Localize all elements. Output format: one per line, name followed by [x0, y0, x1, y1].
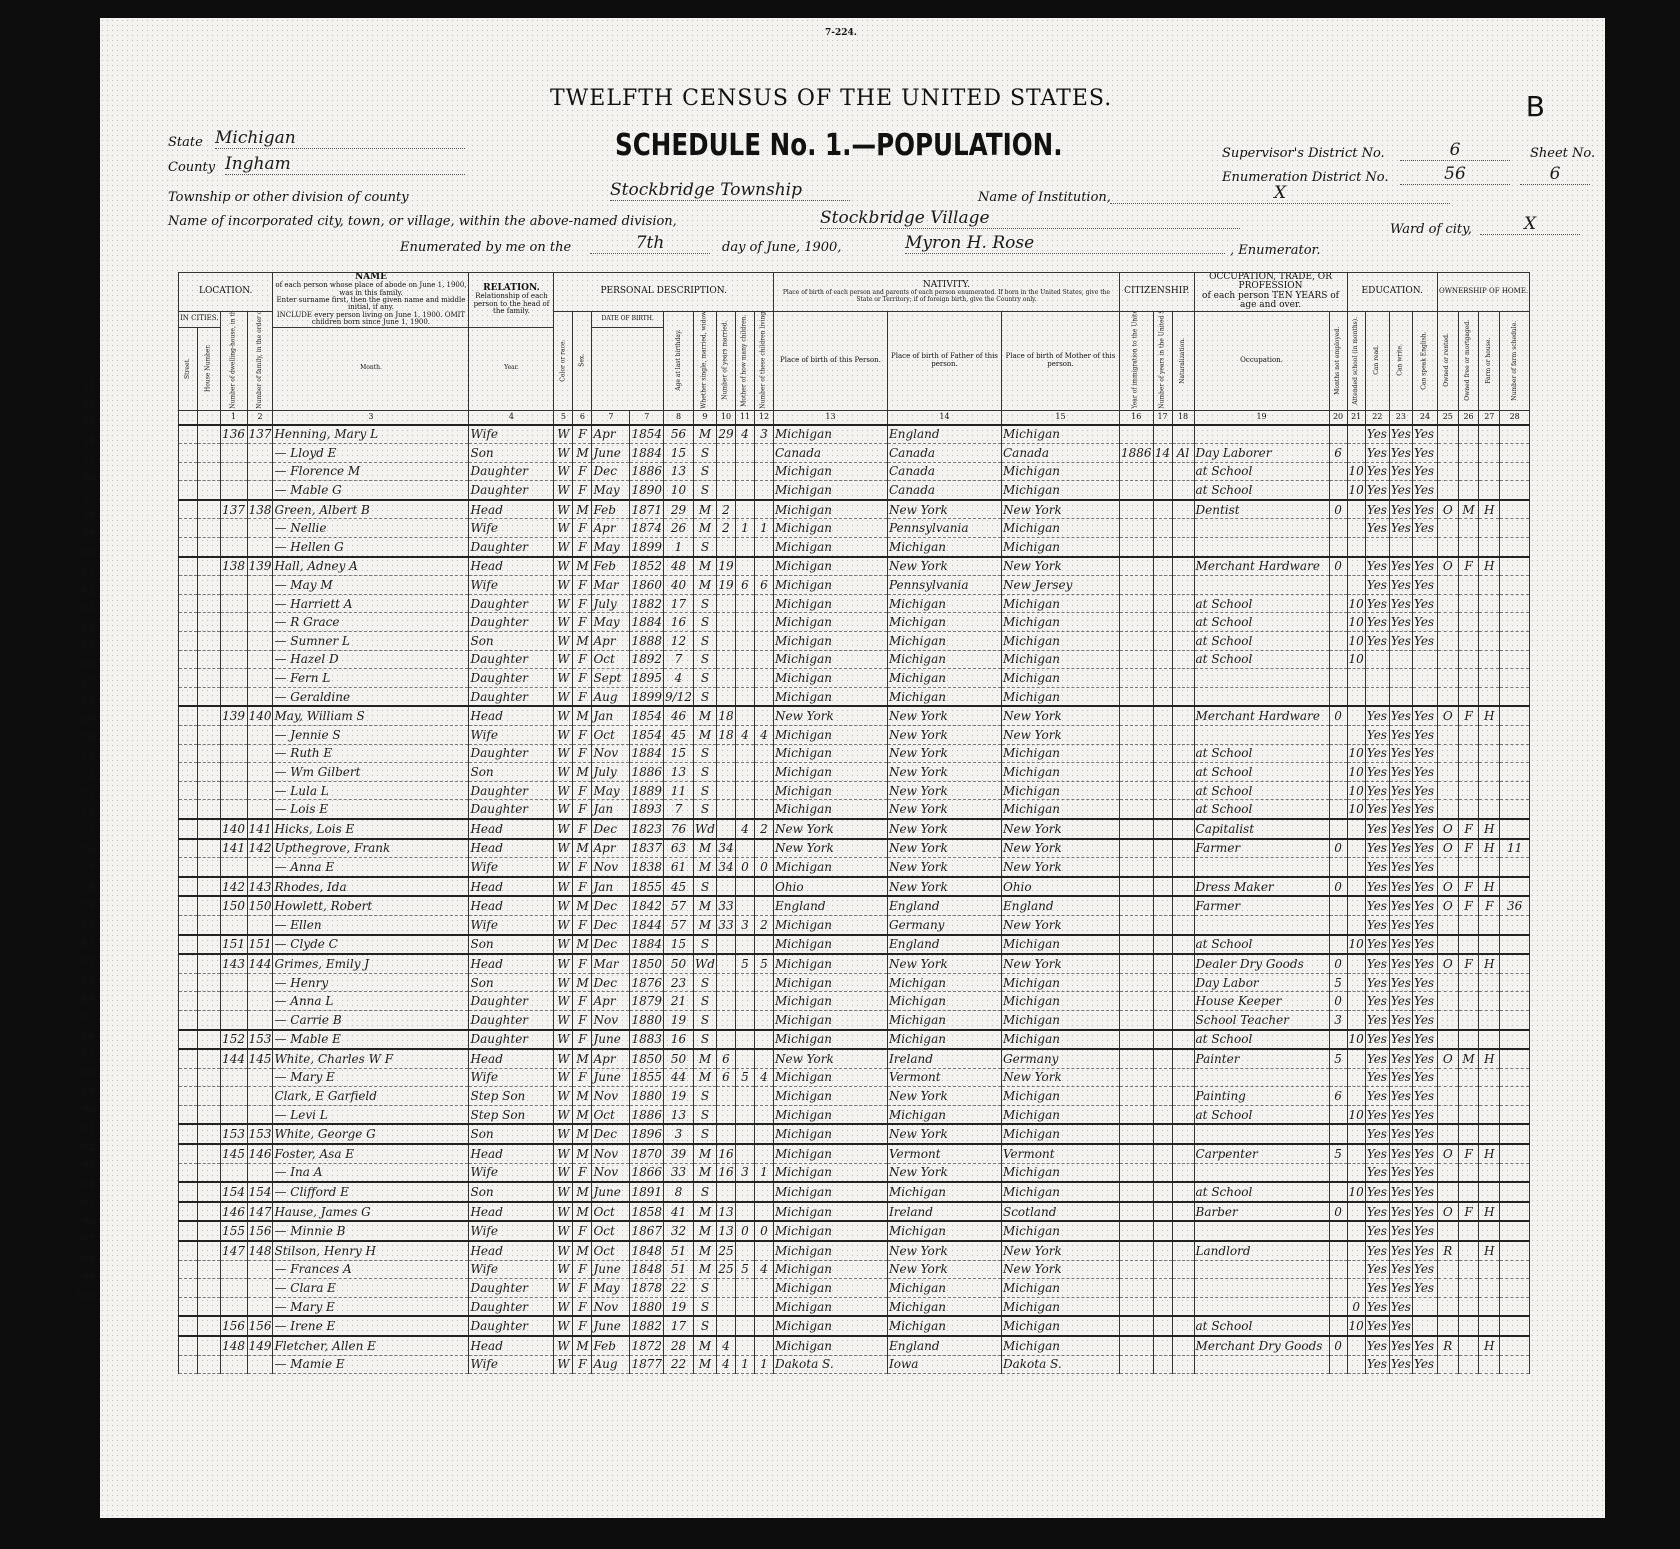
cell-fam: 149 — [247, 1336, 273, 1355]
cell-sex: M — [573, 973, 592, 992]
cell-en: Yes — [1412, 1049, 1437, 1068]
cell-empty — [197, 935, 220, 955]
cell-age: 12 — [664, 632, 694, 651]
cell-yus — [1153, 462, 1172, 481]
cell-mon: Nov — [592, 1163, 630, 1182]
cell-empty — [197, 1241, 220, 1260]
cell-nat — [1172, 481, 1194, 500]
cell-empty — [179, 1030, 198, 1050]
column-number: 18 — [1172, 410, 1194, 425]
cell-yr: 1890 — [630, 481, 664, 500]
cell-sex: M — [573, 1124, 592, 1144]
line-number: 80 — [65, 919, 95, 938]
cell-sex: F — [573, 992, 592, 1011]
line-number: 66 — [65, 659, 95, 678]
cell-fh — [1479, 1182, 1500, 1202]
line-number: 89 — [65, 1087, 95, 1106]
cell-bp: Michigan — [773, 462, 887, 481]
cell-occ: at School — [1194, 632, 1329, 651]
cell-imm — [1119, 1297, 1153, 1316]
cell-mbp: Michigan — [1001, 1087, 1119, 1106]
cell-fbp: Michigan — [887, 538, 1001, 557]
cell-age: 51 — [664, 1241, 694, 1260]
cell-mon: Oct — [592, 650, 630, 669]
cell-wr: Yes — [1389, 1163, 1412, 1182]
cell-nat — [1172, 613, 1194, 632]
table-row: 137138Green, Albert BHeadWMFeb187129M2Mi… — [179, 500, 1530, 519]
cell-empty — [179, 669, 198, 688]
cell-empty — [197, 1124, 220, 1144]
table-row: — Sumner LSonWMApr188812SMichiganMichiga… — [179, 632, 1530, 651]
name-note2: INCLUDE every person living on June 1, 1… — [274, 312, 467, 327]
cell-en: Yes — [1412, 425, 1437, 444]
cell-ch — [735, 557, 754, 576]
cell-rel: Head — [469, 706, 554, 725]
cell-mbp: New York — [1001, 954, 1119, 973]
cell-dw: 152 — [220, 1030, 247, 1050]
line-number: 75 — [65, 826, 95, 845]
cell-ms: S — [693, 1279, 716, 1298]
cell-farm — [1500, 1163, 1530, 1182]
cell-own — [1437, 781, 1458, 800]
cell-race: W — [554, 687, 573, 706]
table-row: — Lois EDaughterWFJan18937SMichiganNew Y… — [179, 800, 1530, 819]
cell-dw — [220, 632, 247, 651]
cell-cl: 1 — [754, 1163, 773, 1182]
cell-name: — Florence M — [273, 462, 469, 481]
cell-sch — [1347, 1049, 1365, 1068]
cell-dw — [220, 1010, 247, 1029]
cell-cl — [754, 877, 773, 897]
cell-sch: 10 — [1347, 594, 1365, 613]
cell-ch: 3 — [735, 915, 754, 934]
cell-mne — [1329, 632, 1347, 651]
state-value: Michigan — [215, 128, 465, 149]
cell-empty — [179, 444, 198, 463]
cell-sch: 10 — [1347, 632, 1365, 651]
cell-wr — [1389, 669, 1412, 688]
cell-age: 22 — [664, 1279, 694, 1298]
cell-fam: 153 — [247, 1124, 273, 1144]
cell-age: 76 — [664, 819, 694, 839]
cell-nat — [1172, 763, 1194, 782]
cell-fh: H — [1479, 500, 1500, 519]
cell-yus — [1153, 877, 1172, 897]
cell-dw — [220, 1260, 247, 1279]
cell-mort — [1458, 1182, 1479, 1202]
cell-bp: Michigan — [773, 1260, 887, 1279]
cell-occ — [1194, 669, 1329, 688]
cell-imm — [1119, 481, 1153, 500]
cell-bp: New York — [773, 819, 887, 839]
cell-mne — [1329, 538, 1347, 557]
cell-sex: F — [573, 726, 592, 745]
cell-ch — [735, 1144, 754, 1163]
cell-mon: Oct — [592, 726, 630, 745]
name-note1: Enter surname first, then the given name… — [274, 297, 467, 312]
cell-ms: S — [693, 744, 716, 763]
table-row: — Harriett ADaughterWFJuly188217SMichiga… — [179, 594, 1530, 613]
cell-mne — [1329, 425, 1347, 444]
cell-age: 15 — [664, 935, 694, 955]
table-row: 154154— Clifford ESonWMJune18918SMichiga… — [179, 1182, 1530, 1202]
cell-empty — [197, 1068, 220, 1087]
cell-fbp: Ireland — [887, 1202, 1001, 1222]
cell-bp: Michigan — [773, 935, 887, 955]
cell-occ — [1194, 1221, 1329, 1241]
cell-yus — [1153, 594, 1172, 613]
cell-sch: 10 — [1347, 462, 1365, 481]
cell-mne — [1329, 1105, 1347, 1124]
cell-mne — [1329, 763, 1347, 782]
cell-name: — R Grace — [273, 613, 469, 632]
col-year: Year. — [469, 327, 554, 410]
cell-cl — [754, 744, 773, 763]
cell-bp: Michigan — [773, 800, 887, 819]
column-number: 25 — [1437, 410, 1458, 425]
column-number: 5 — [554, 410, 573, 425]
cell-cl — [754, 1297, 773, 1316]
cell-mbp: Michigan — [1001, 519, 1119, 538]
line-number: 85 — [65, 1012, 95, 1031]
cell-ch: 0 — [735, 858, 754, 877]
cell-mort: F — [1458, 896, 1479, 915]
cell-sex: M — [573, 632, 592, 651]
cell-fh — [1479, 576, 1500, 595]
cell-mne — [1329, 781, 1347, 800]
cell-name: Hicks, Lois E — [273, 819, 469, 839]
cell-nat — [1172, 1087, 1194, 1106]
cell-dw — [220, 992, 247, 1011]
cell-ym — [716, 462, 735, 481]
cell-rd: Yes — [1365, 1202, 1389, 1222]
cell-ym — [716, 877, 735, 897]
city-label: Name of incorporated city, town, or vill… — [168, 214, 677, 229]
cell-rel: Daughter — [469, 992, 554, 1011]
cell-nat — [1172, 632, 1194, 651]
cell-rd: Yes — [1365, 444, 1389, 463]
cell-name: Howlett, Robert — [273, 896, 469, 915]
cell-dw — [220, 687, 247, 706]
cell-mne — [1329, 1260, 1347, 1279]
cell-imm — [1119, 839, 1153, 858]
cell-ms: S — [693, 444, 716, 463]
cell-imm — [1119, 1182, 1153, 1202]
cell-ch: 5 — [735, 1068, 754, 1087]
sheet-letter: B — [1526, 90, 1545, 123]
cell-farm — [1500, 726, 1530, 745]
line-number: 63 — [65, 603, 95, 622]
table-row: 145146Foster, Asa EHeadWMNov187039M16Mic… — [179, 1144, 1530, 1163]
cell-ch — [735, 1049, 754, 1068]
col-age: Age at last birthday. — [664, 311, 694, 410]
cell-own — [1437, 594, 1458, 613]
cell-imm — [1119, 896, 1153, 915]
cell-mbp: Michigan — [1001, 1105, 1119, 1124]
cell-farm — [1500, 744, 1530, 763]
cell-sch: 10 — [1347, 1182, 1365, 1202]
cell-name: — Harriett A — [273, 594, 469, 613]
cell-empty — [197, 1163, 220, 1182]
cell-empty — [179, 800, 198, 819]
cell-farm — [1500, 462, 1530, 481]
cell-mon: Dec — [592, 819, 630, 839]
cell-sch: 0 — [1347, 1297, 1365, 1316]
cell-empty — [197, 1182, 220, 1202]
col-attended-school: Attended school (in months). — [1347, 311, 1365, 410]
cell-dw — [220, 613, 247, 632]
cell-mne — [1329, 744, 1347, 763]
cell-dw: 142 — [220, 877, 247, 897]
cell-sch — [1347, 519, 1365, 538]
cell-nat — [1172, 839, 1194, 858]
cell-dw — [220, 538, 247, 557]
cell-bp: England — [773, 896, 887, 915]
cell-cl — [754, 1124, 773, 1144]
table-row: 153153White, George GSonWMDec18963SMichi… — [179, 1124, 1530, 1144]
cell-sch — [1347, 1355, 1365, 1374]
cell-wr: Yes — [1389, 576, 1412, 595]
cell-yr: 1895 — [630, 669, 664, 688]
cell-bp: Michigan — [773, 613, 887, 632]
cell-sch: 10 — [1347, 763, 1365, 782]
cell-mbp: Michigan — [1001, 613, 1119, 632]
cell-imm — [1119, 632, 1153, 651]
cell-fh: H — [1479, 706, 1500, 725]
cell-rd: Yes — [1365, 992, 1389, 1011]
cell-sex: F — [573, 576, 592, 595]
cell-empty — [197, 594, 220, 613]
enumerated-prefix: Enumerated by me on the — [400, 240, 571, 255]
cell-rel: Daughter — [469, 1010, 554, 1029]
cell-occ — [1194, 915, 1329, 934]
cell-nat — [1172, 687, 1194, 706]
cell-imm — [1119, 1124, 1153, 1144]
cell-nat — [1172, 992, 1194, 1011]
cell-empty — [179, 1336, 198, 1355]
cell-yus — [1153, 1260, 1172, 1279]
cell-yus — [1153, 954, 1172, 973]
line-number: 77 — [65, 863, 95, 882]
cell-fh — [1479, 1279, 1500, 1298]
cell-bp: Michigan — [773, 973, 887, 992]
group-personal: PERSONAL DESCRIPTION. — [554, 273, 774, 312]
cell-bp: Michigan — [773, 425, 887, 444]
cell-en: Yes — [1412, 1202, 1437, 1222]
cell-fam: 153 — [247, 1030, 273, 1050]
cell-fbp: New York — [887, 954, 1001, 973]
table-row: 144145White, Charles W FHeadWMApr185050M… — [179, 1049, 1530, 1068]
cell-ym: 18 — [716, 726, 735, 745]
cell-mbp: Michigan — [1001, 462, 1119, 481]
cell-imm — [1119, 613, 1153, 632]
line-numbers: 5152535455565758596061626364656667686970… — [65, 380, 95, 1310]
cell-mort — [1458, 992, 1479, 1011]
cell-fbp: Michigan — [887, 613, 1001, 632]
cell-empty — [179, 726, 198, 745]
cell-bp: New York — [773, 839, 887, 858]
cell-occ: Landlord — [1194, 1241, 1329, 1260]
cell-imm — [1119, 594, 1153, 613]
cell-dw — [220, 594, 247, 613]
cell-cl: 0 — [754, 858, 773, 877]
cell-mort — [1458, 1355, 1479, 1374]
cell-wr: Yes — [1389, 594, 1412, 613]
cell-imm — [1119, 1010, 1153, 1029]
cell-empty — [197, 650, 220, 669]
cell-ms: S — [693, 650, 716, 669]
cell-ms: S — [693, 613, 716, 632]
col-children-living: Number of these children living. — [754, 311, 773, 410]
cell-ch — [735, 481, 754, 500]
cell-sch — [1347, 915, 1365, 934]
cell-empty — [197, 954, 220, 973]
cell-farm — [1500, 1316, 1530, 1336]
cell-en: Yes — [1412, 1105, 1437, 1124]
cell-ms: S — [693, 992, 716, 1011]
cell-rel: Daughter — [469, 1279, 554, 1298]
cell-empty — [179, 992, 198, 1011]
cell-bp: Michigan — [773, 687, 887, 706]
cell-ym: 33 — [716, 915, 735, 934]
cell-empty — [197, 858, 220, 877]
cell-farm — [1500, 819, 1530, 839]
cell-age: 33 — [664, 1163, 694, 1182]
cell-yr: 1854 — [630, 706, 664, 725]
cell-yus — [1153, 687, 1172, 706]
cell-own — [1437, 1087, 1458, 1106]
column-number: 17 — [1153, 410, 1172, 425]
cell-own: O — [1437, 819, 1458, 839]
cell-cl — [754, 781, 773, 800]
cell-yus — [1153, 1087, 1172, 1106]
table-row: — May MWifeWFMar186040M1966MichiganPenns… — [179, 576, 1530, 595]
cell-yus — [1153, 992, 1172, 1011]
cell-ms: S — [693, 1105, 716, 1124]
cell-rd: Yes — [1365, 1241, 1389, 1260]
cell-mon: Sept — [592, 669, 630, 688]
cell-ms: M — [693, 1336, 716, 1355]
cell-yr: 1892 — [630, 650, 664, 669]
cell-yus — [1153, 1144, 1172, 1163]
cell-ch — [735, 462, 754, 481]
cell-dw — [220, 763, 247, 782]
cell-rd: Yes — [1365, 500, 1389, 519]
cell-bp: Michigan — [773, 538, 887, 557]
cell-sex: M — [573, 1144, 592, 1163]
cell-en: Yes — [1412, 1182, 1437, 1202]
cell-fh — [1479, 594, 1500, 613]
cell-imm — [1119, 576, 1153, 595]
cell-yus — [1153, 632, 1172, 651]
cell-occ: at School — [1194, 481, 1329, 500]
column-number: 12 — [754, 410, 773, 425]
cell-name: — Ruth E — [273, 744, 469, 763]
cell-sch — [1347, 444, 1365, 463]
table-row: — Mamie EWifeWFAug187722M411Dakota S.Iow… — [179, 1355, 1530, 1374]
cell-rd: Yes — [1365, 1068, 1389, 1087]
cell-sch — [1347, 954, 1365, 973]
table-row: 152153— Mable EDaughterWFJune188316SMich… — [179, 1030, 1530, 1050]
cell-occ: at School — [1194, 1030, 1329, 1050]
group-location: LOCATION. — [179, 273, 273, 312]
cell-empty — [197, 632, 220, 651]
cell-race: W — [554, 481, 573, 500]
cell-mne — [1329, 1030, 1347, 1050]
cell-mne — [1329, 481, 1347, 500]
cell-sch — [1347, 877, 1365, 897]
cell-cl — [754, 1279, 773, 1298]
cell-fh — [1479, 1105, 1500, 1124]
cell-mon: Mar — [592, 576, 630, 595]
cell-bp: Michigan — [773, 1336, 887, 1355]
cell-empty — [179, 954, 198, 973]
cell-yr: 1876 — [630, 973, 664, 992]
cell-farm — [1500, 1202, 1530, 1222]
cell-ch: 0 — [735, 1221, 754, 1241]
cell-mon: Jan — [592, 800, 630, 819]
line-number: 53 — [65, 417, 95, 436]
cell-name: — Nellie — [273, 519, 469, 538]
line-number: 56 — [65, 473, 95, 492]
cell-empty — [179, 1297, 198, 1316]
cell-ms: M — [693, 858, 716, 877]
cell-mbp: New York — [1001, 1241, 1119, 1260]
cell-empty — [197, 1010, 220, 1029]
cell-en: Yes — [1412, 935, 1437, 955]
cell-fbp: Michigan — [887, 992, 1001, 1011]
cell-mon: Apr — [592, 839, 630, 858]
cell-fbp: Michigan — [887, 594, 1001, 613]
cell-fbp: New York — [887, 557, 1001, 576]
cell-sch — [1347, 896, 1365, 915]
cell-ym: 18 — [716, 706, 735, 725]
cell-rel: Daughter — [469, 687, 554, 706]
cell-rel: Head — [469, 819, 554, 839]
cell-ch: 4 — [735, 819, 754, 839]
cell-own: O — [1437, 954, 1458, 973]
cell-own — [1437, 992, 1458, 1011]
cell-sch — [1347, 500, 1365, 519]
cell-rel: Son — [469, 763, 554, 782]
cell-en: Yes — [1412, 481, 1437, 500]
cell-own — [1437, 1221, 1458, 1241]
table-row: 146147Hause, James GHeadWMOct185841M13Mi… — [179, 1202, 1530, 1222]
cell-fh — [1479, 935, 1500, 955]
cell-wr: Yes — [1389, 1049, 1412, 1068]
cell-cl — [754, 1336, 773, 1355]
cell-sex: F — [573, 819, 592, 839]
cell-mne — [1329, 819, 1347, 839]
cell-empty — [179, 1279, 198, 1298]
cell-dw: 154 — [220, 1182, 247, 1202]
cell-fam: 144 — [247, 954, 273, 973]
col-immigration: Year of immigration to the United States… — [1119, 311, 1153, 410]
cell-fam — [247, 444, 273, 463]
cell-dw — [220, 1105, 247, 1124]
cell-rd: Yes — [1365, 1297, 1389, 1316]
cell-ms: M — [693, 915, 716, 934]
cell-sch — [1347, 1124, 1365, 1144]
cell-nat — [1172, 519, 1194, 538]
cell-sex: F — [573, 650, 592, 669]
cell-name: — May M — [273, 576, 469, 595]
institution-label: Name of Institution, — [978, 190, 1111, 205]
cell-empty — [197, 992, 220, 1011]
cell-yr: 1878 — [630, 1279, 664, 1298]
group-name: NAME of each person whose place of abode… — [273, 273, 469, 328]
cell-empty — [197, 896, 220, 915]
